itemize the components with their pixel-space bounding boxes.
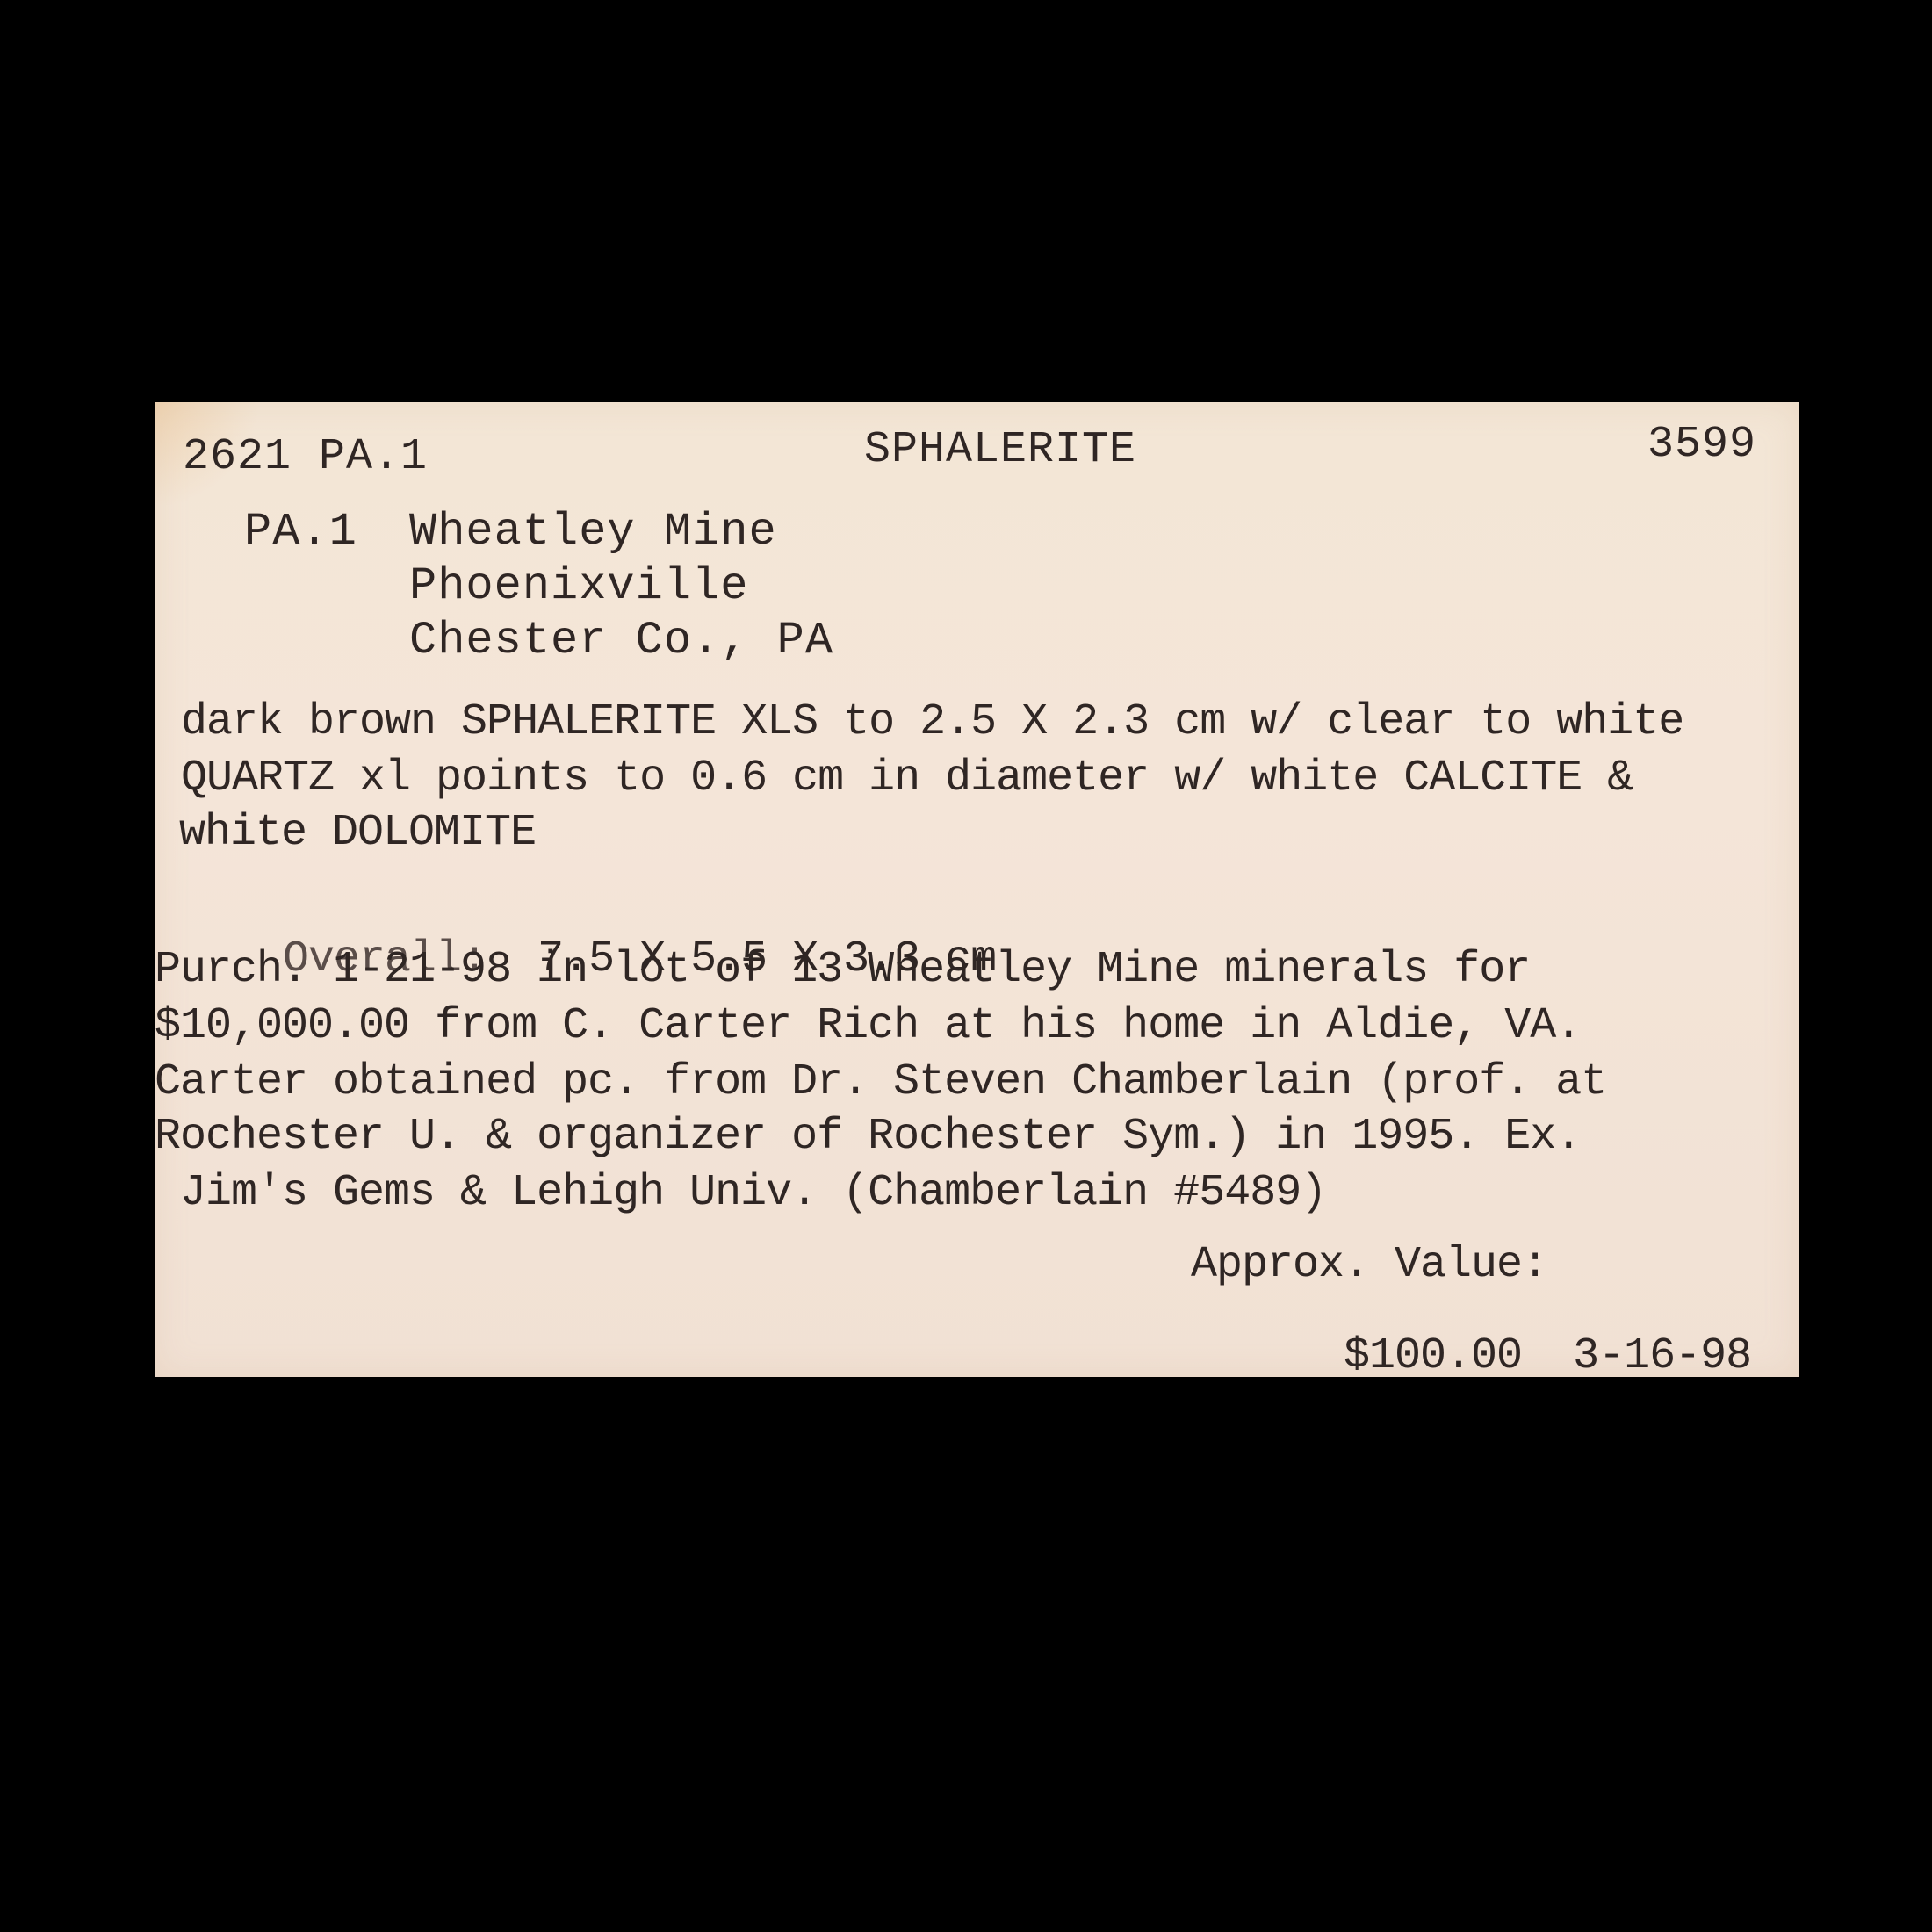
locality-county-state: Chester Co., PA [409, 618, 833, 664]
locality-code: PA.1 [244, 509, 357, 555]
provenance-line: Purch. 1-21-98 in lot of 13 Wheatley Min… [155, 948, 1530, 992]
specimen-number: 3599 [1647, 423, 1756, 467]
valuation-label: Approx. Value: [1191, 1244, 1547, 1287]
description-line: dark brown SPHALERITE XLS to 2.5 X 2.3 c… [181, 701, 1683, 745]
valuation-amount: $100.00 [1344, 1331, 1522, 1381]
description-line: white DOLOMITE [179, 811, 536, 855]
provenance-line: Carter obtained pc. from Dr. Steven Cham… [155, 1061, 1606, 1105]
catalog-id: 2621 PA.1 [183, 436, 428, 479]
specimen-label-card: 2621 PA.1 SPHALERITE 3599 PA.1 Wheatley … [155, 402, 1799, 1377]
provenance-line: Jim's Gems & Lehigh Univ. (Chamberlain #… [155, 1171, 1326, 1215]
description-line: QUARTZ xl points to 0.6 cm in diameter w… [181, 757, 1633, 801]
valuation-row: $100.00 3-16-98 [1191, 1291, 1751, 1423]
mineral-name: SPHALERITE [864, 429, 1136, 472]
provenance-line: Rochester U. & organizer of Rochester Sy… [155, 1115, 1581, 1159]
valuation-date: 3-16-98 [1573, 1331, 1751, 1381]
locality-town: Phoenixville [409, 564, 748, 609]
locality-mine: Wheatley Mine [409, 509, 777, 555]
provenance-line: $10,000.00 from C. Carter Rich at his ho… [155, 1005, 1581, 1049]
